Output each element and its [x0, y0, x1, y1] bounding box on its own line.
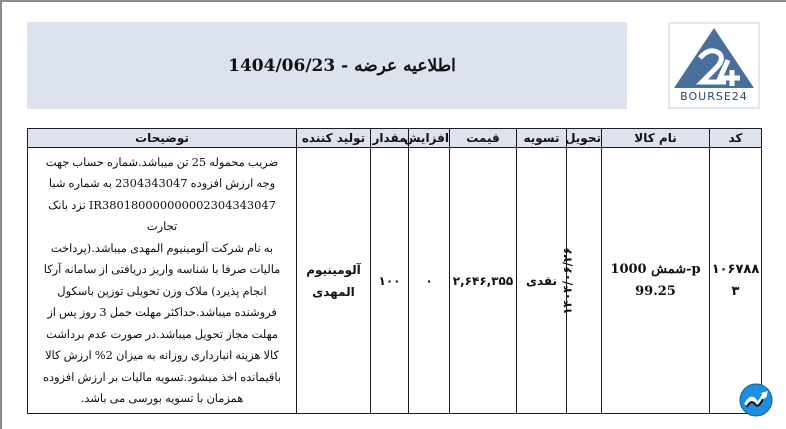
description-line: مهلت مجاز تحویل میباشد.در صورت عدم برداش…	[32, 324, 292, 346]
offer-table: کد نام کالا تحویل تسویه قیمت افزایش مقدا…	[27, 128, 762, 414]
cell-delivery: ۱۴۰۴/۰۶/۲۶	[567, 148, 602, 414]
producer-line-2: المهدی	[297, 281, 370, 303]
column-header-code: کد	[710, 129, 762, 148]
frame-left-border	[0, 0, 2, 429]
description-line: باقیمانده اخذ میشود.تسویه مالیات بر ارزش…	[32, 367, 292, 389]
triangle-24-icon	[670, 24, 758, 94]
table-row: ۱۰۶۷۸۸ ۳ p-شمش 1000 99.25 ۱۴۰۴/۰۶/۲۶ نقد…	[28, 148, 762, 414]
cell-price: ۲,۶۴۶,۳۵۵	[450, 148, 517, 414]
description-line: IR380180000000002304343047 نزد بانک تجار…	[32, 195, 292, 238]
cell-producer: آلومینیوم المهدی	[297, 148, 371, 414]
cell-increase: ۰	[409, 148, 450, 414]
bourse24-logo: BOURSE24	[668, 22, 760, 109]
cell-goods-name: p-شمش 1000 99.25	[602, 148, 710, 414]
cell-description: ضریب محموله 25 تن میباشد.شماره حساب جهت …	[28, 148, 297, 414]
column-header-producer: تولید کننده	[297, 129, 371, 148]
column-header-settlement: تسویه	[517, 129, 567, 148]
column-header-quantity: مقدار	[371, 129, 409, 148]
description-line: همزمان با تسویه بورسی می باشد.	[32, 388, 292, 410]
column-header-price: قیمت	[450, 129, 517, 148]
cell-code: ۱۰۶۷۸۸ ۳	[710, 148, 762, 414]
goods-name-line-2: 99.25	[602, 281, 709, 303]
column-header-increase: افزایش	[409, 129, 450, 148]
page-title: اطلاعیه عرضه - 1404/06/23	[27, 22, 627, 109]
description-line: به نام شرکت آلومینیوم المهدی میباشد.(پرد…	[32, 238, 292, 260]
description-line: ضریب محموله 25 تن میباشد.شماره حساب جهت	[32, 152, 292, 174]
description-line: مالیات صرفا با شناسه واریز دریافتی از سا…	[32, 259, 292, 281]
description-line: انجام پذیرد) ملاک وزن تحویلی توزین باسکو…	[32, 281, 292, 303]
frame-top-border	[0, 0, 786, 2]
description-line: کالا هزینه انبارداری روزانه به میزان 2% …	[32, 345, 292, 367]
table-header-row: کد نام کالا تحویل تسویه قیمت افزایش مقدا…	[28, 129, 762, 148]
chart-trend-icon	[739, 383, 773, 417]
code-line-2: ۳	[710, 281, 761, 303]
code-line-1: ۱۰۶۷۸۸	[710, 259, 761, 281]
logo-text: BOURSE24	[670, 90, 758, 103]
delivery-date: ۱۴۰۴/۰۶/۲۶	[560, 247, 574, 314]
description-line: وجه ارزش افزوده 2304343047 به شماره شبا	[32, 173, 292, 195]
cell-quantity: ۱۰۰	[371, 148, 409, 414]
goods-name-line-1: p-شمش 1000	[602, 259, 709, 281]
description-text: ضریب محموله 25 تن میباشد.شماره حساب جهت …	[28, 152, 296, 410]
column-header-goods-name: نام کالا	[602, 129, 710, 148]
column-header-delivery: تحویل	[567, 129, 602, 148]
description-line: فروشنده میباشد.حداکثر مهلت حمل 3 روز پس …	[32, 302, 292, 324]
column-header-description: توضیحات	[28, 129, 297, 148]
producer-line-1: آلومینیوم	[297, 259, 370, 281]
